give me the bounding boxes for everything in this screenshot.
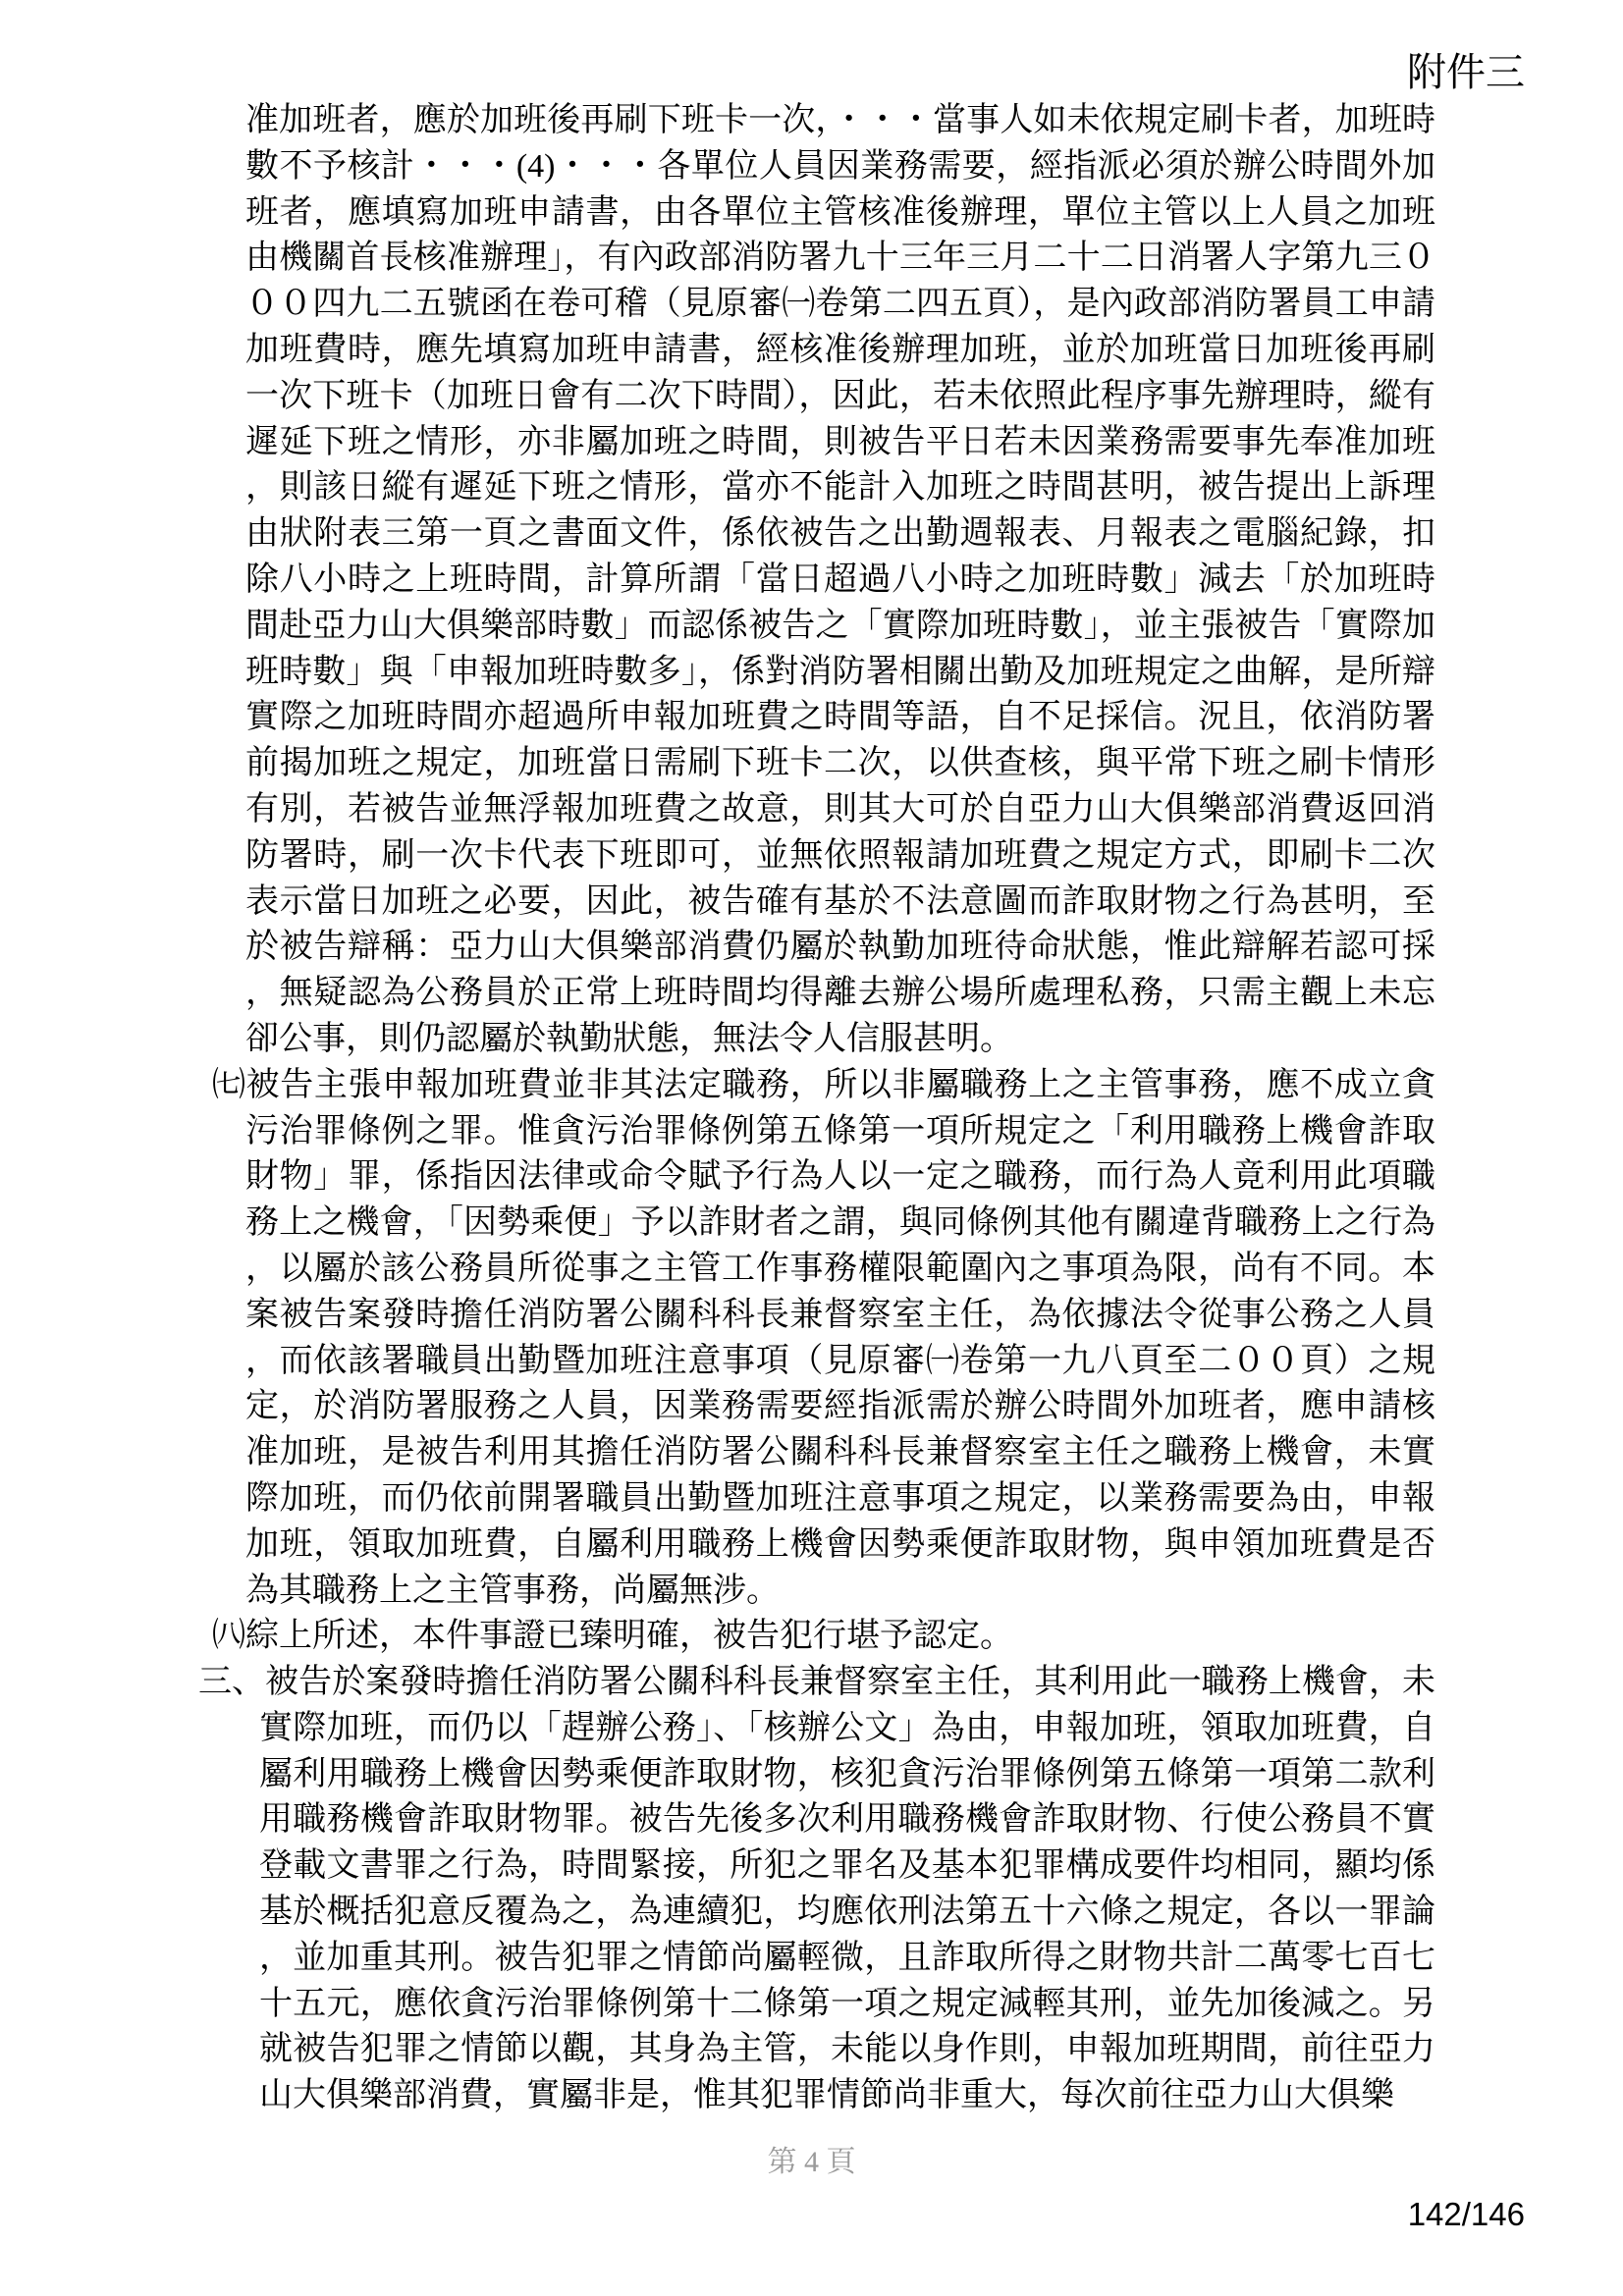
attachment-label: 附件三: [1407, 49, 1525, 96]
paragraph-item-3: 三、被告於案發時擔任消防署公關科科長兼督察室主任，其利用此一職務上機會，未實際加…: [259, 1660, 1435, 2119]
paragraph-item-7: ㈦被告主張申報加班費並非其法定職務，所以非屬職務上之主管事務，應不成立貪污治罪條…: [245, 1063, 1435, 1615]
item-7-marker: ㈦: [212, 1067, 246, 1103]
paragraph-item-8: ㈧綜上所述，本件事證已臻明確，被告犯行堪予認定。: [245, 1614, 1435, 1660]
item-3-marker: 三、: [198, 1664, 265, 1700]
paragraph-item-3-text: 被告於案發時擔任消防署公關科科長兼督察室主任，其利用此一職務上機會，未實際加班，…: [259, 1664, 1435, 2113]
paragraph-continuation-text: 准加班者，應於加班後再刷下班卡一次，・・・當事人如未依規定刷卡者，加班時數不予核…: [245, 102, 1435, 1057]
item-8-marker: ㈧: [212, 1618, 245, 1654]
page-number-label: 第 4 頁: [0, 2146, 1623, 2179]
document-page: 附件三 准加班者，應於加班後再刷下班卡一次，・・・當事人如未依規定刷卡者，加班時…: [0, 0, 1623, 2296]
judgment-text: 准加班者，應於加班後再刷下班卡一次，・・・當事人如未依規定刷卡者，加班時數不予核…: [245, 98, 1435, 2119]
paragraph-continuation: 准加班者，應於加班後再刷下班卡一次，・・・當事人如未依規定刷卡者，加班時數不予核…: [245, 98, 1435, 1063]
paragraph-item-8-text: 綜上所述，本件事證已臻明確，被告犯行堪予認定。: [245, 1618, 1013, 1654]
sheet-number: 142/146: [1408, 2197, 1525, 2232]
paragraph-item-7-text: 被告主張申報加班費並非其法定職務，所以非屬職務上之主管事務，應不成立貪污治罪條例…: [245, 1067, 1435, 1609]
